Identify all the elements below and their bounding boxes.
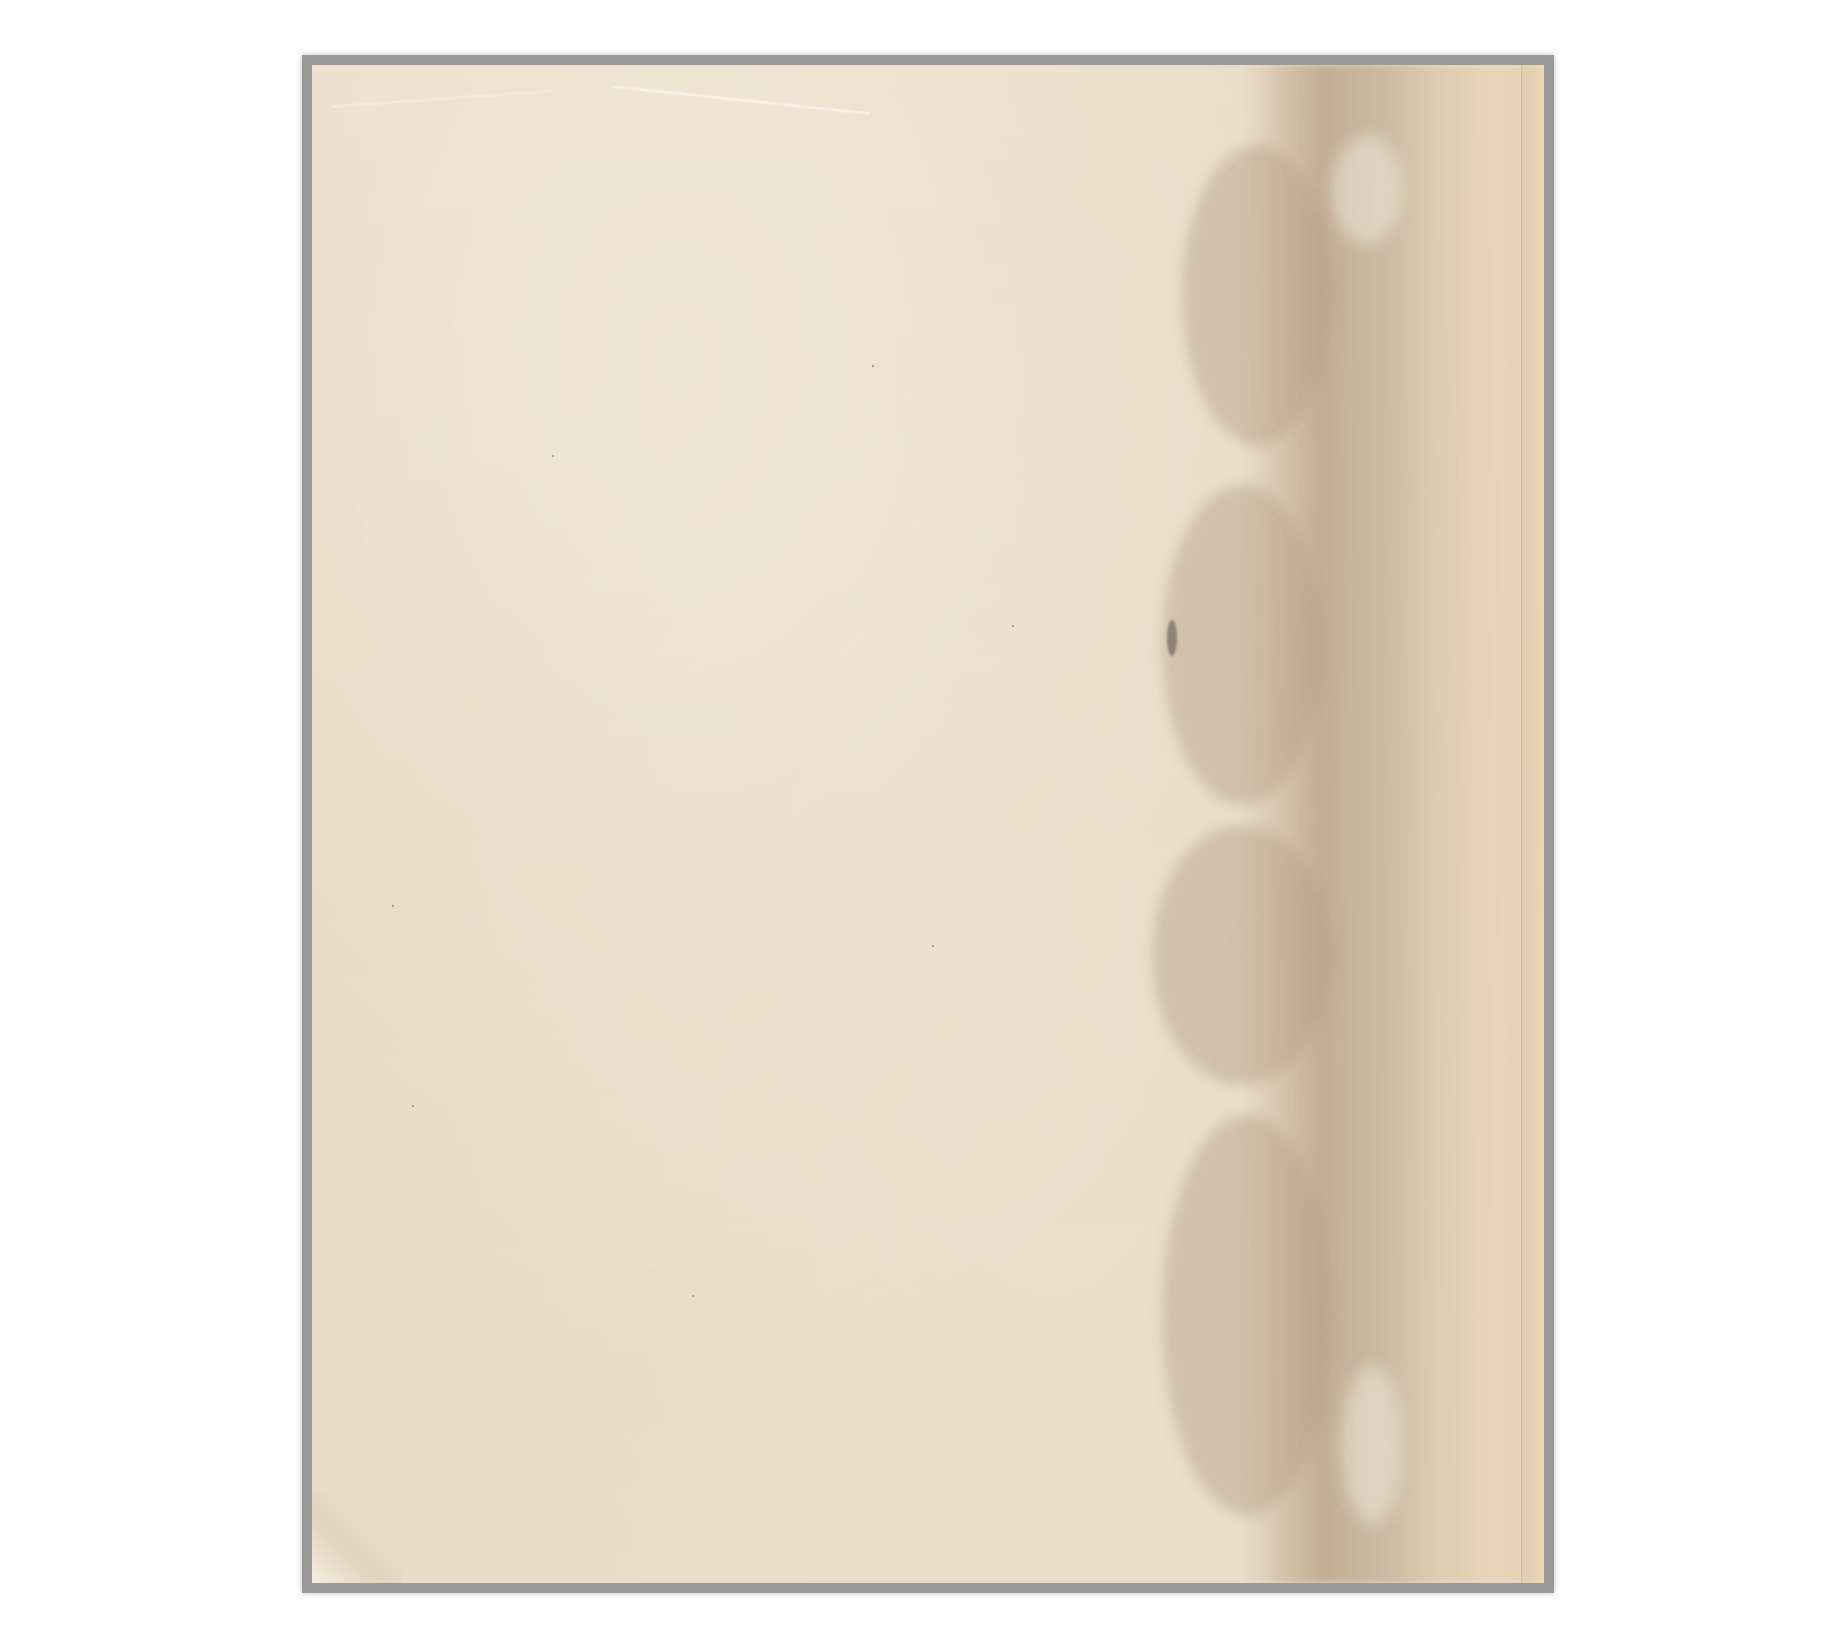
speck	[412, 1105, 414, 1107]
stain-highlight	[1342, 1365, 1402, 1525]
stain-highlight	[1332, 135, 1402, 245]
paper-frame	[302, 55, 1554, 1593]
speck	[932, 945, 934, 947]
corner-tear	[312, 1493, 402, 1583]
speck	[392, 905, 394, 907]
dark-mark	[1167, 620, 1177, 656]
aged-paper-sheet	[312, 65, 1544, 1583]
stain-blob	[1182, 145, 1332, 445]
stain-blob	[1162, 1115, 1332, 1515]
speck	[692, 1295, 694, 1297]
stain-blob	[1152, 825, 1332, 1085]
speck	[1012, 625, 1014, 627]
stain-blob	[1162, 485, 1322, 805]
speck	[552, 455, 554, 457]
paper-right-edge	[1521, 65, 1544, 1583]
speck	[872, 365, 874, 367]
